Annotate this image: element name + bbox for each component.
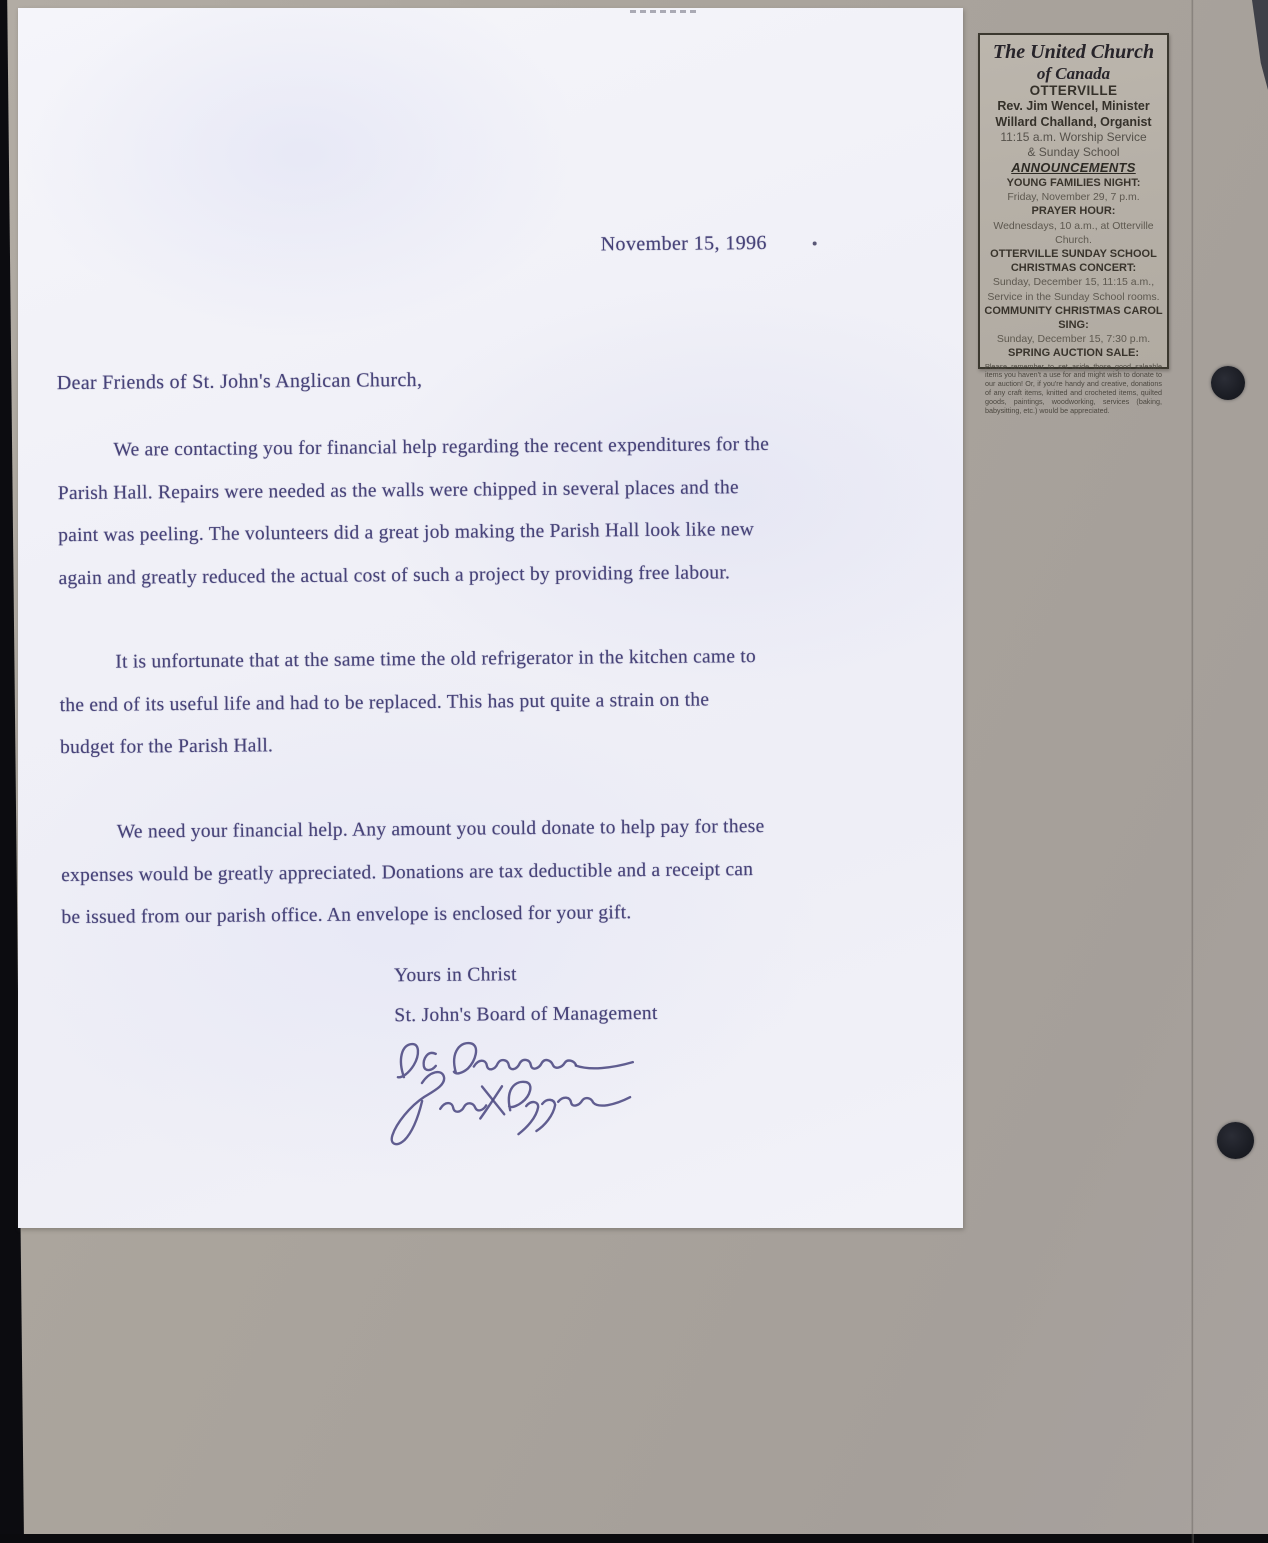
ink-dot-artifact	[813, 242, 817, 246]
scanned-album-page: November 15, 1996 Dear Friends of St. Jo…	[0, 0, 1268, 1543]
letter-closing: Yours in Christ	[394, 964, 517, 987]
letter-paragraph-3: We need your financial help. Any amount …	[61, 806, 766, 940]
signature-ryerse	[378, 1059, 659, 1151]
letter-paragraph-2: It is unfortunate that at the same time …	[59, 636, 757, 770]
clipping-minister: Rev. Jim Wencel, Minister	[984, 99, 1163, 115]
clipping-event-heading: OTTERVILLE SUNDAY SCHOOL	[984, 247, 1163, 261]
newspaper-clipping: The United Church of Canada OTTERVILLE R…	[978, 33, 1169, 369]
clipping-event-detail: Sunday, December 15, 7:30 p.m.	[984, 332, 1163, 346]
clipping-event-heading: YOUNG FAMILIES NIGHT:	[984, 176, 1163, 190]
punch-hole	[1211, 366, 1245, 400]
clipping-title-2: of Canada	[984, 64, 1163, 83]
letter-text-line: Parish Hall. Repairs were needed as the …	[58, 466, 770, 515]
clipping-location: OTTERVILLE	[984, 83, 1163, 99]
punch-hole	[1217, 1122, 1254, 1159]
clipping-title: The United Church	[984, 40, 1163, 64]
letter-text-line: the end of its useful life and had to be…	[59, 679, 756, 728]
letter-text-line: again and greatly reduced the actual cos…	[58, 551, 770, 600]
letter-text-line: It is unfortunate that at the same time …	[59, 636, 756, 685]
letter-text-line: budget for the Parish Hall.	[60, 721, 757, 770]
letter-text-line: be issued from our parish office. An env…	[61, 891, 765, 940]
letter-salutation: Dear Friends of St. John's Anglican Chur…	[57, 369, 423, 395]
letter-text-line: We need your financial help. Any amount …	[61, 806, 765, 855]
clipping-event-heading: SPRING AUCTION SALE:	[984, 346, 1163, 360]
clipping-event-detail: Sunday, December 15, 11:15 a.m.,	[984, 275, 1163, 289]
clipping-organist: Willard Challand, Organist	[984, 115, 1163, 131]
scanner-edge-top-right	[1252, 0, 1268, 90]
clipping-event-heading: COMMUNITY CHRISTMAS CAROL SING:	[984, 304, 1163, 332]
letter-sender: St. John's Board of Management	[394, 1003, 657, 1027]
clipping-event-detail: Friday, November 29, 7 p.m.	[984, 190, 1163, 204]
letter-page: November 15, 1996 Dear Friends of St. Jo…	[18, 8, 963, 1228]
clipping-fine-print: Please remember to set aside those good …	[984, 363, 1163, 416]
scanner-edge-bottom	[0, 1534, 1268, 1543]
letter-paragraph-1: We are contacting you for financial help…	[57, 424, 770, 600]
clipping-announcements-heading: ANNOUNCEMENTS	[984, 160, 1163, 176]
clipping-event-detail: Service in the Sunday School rooms.	[984, 290, 1163, 304]
letter-content: November 15, 1996 Dear Friends of St. Jo…	[9, 0, 965, 1228]
letter-text-line: We are contacting you for financial help…	[57, 424, 769, 473]
clipping-event-detail: Wednesdays, 10 a.m., at Otterville Churc…	[984, 219, 1163, 247]
letter-date: November 15, 1996	[601, 232, 767, 256]
clipping-service-time: 11:15 a.m. Worship Service	[984, 130, 1163, 145]
letter-text-line: paint was peeling. The volunteers did a …	[58, 509, 770, 558]
letter-text-line: expenses would be greatly appreciated. D…	[61, 848, 765, 897]
clipping-event-heading: CHRISTMAS CONCERT:	[984, 261, 1163, 275]
clipping-event-heading: PRAYER HOUR:	[984, 204, 1163, 218]
clipping-service-time-2: & Sunday School	[984, 145, 1163, 160]
album-page-crease	[1191, 0, 1194, 1543]
